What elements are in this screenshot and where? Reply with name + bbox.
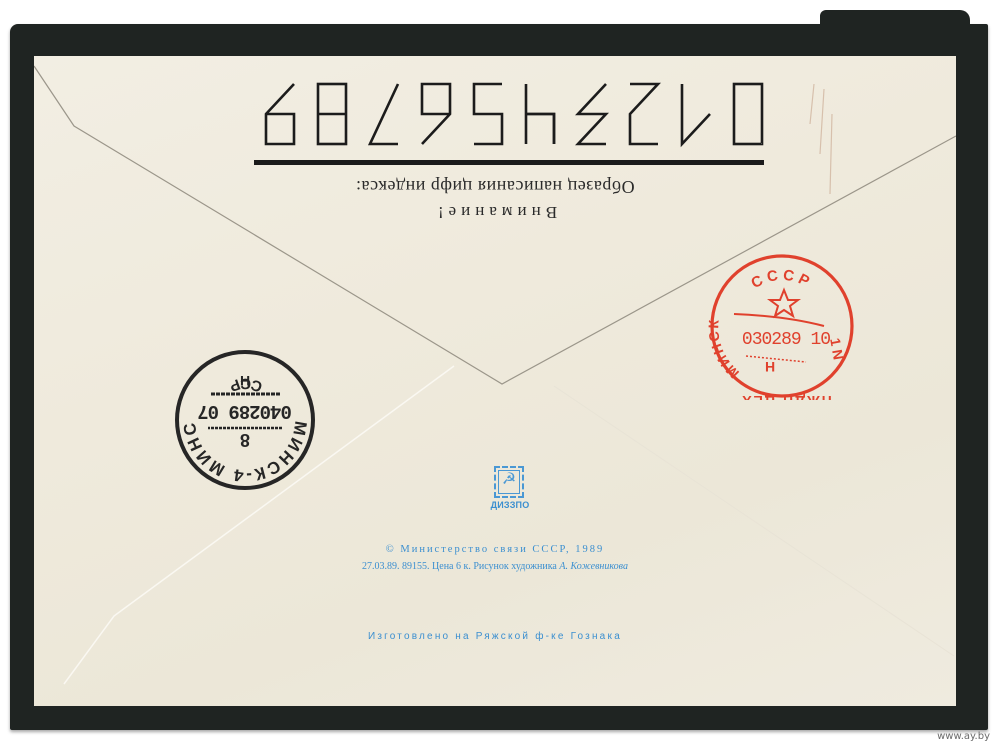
copyright-line: © Министерство связи СССР, 1989 [34,544,956,555]
logo-label: ДИЗЗПО [488,500,532,510]
index-attention: Внимание! [34,202,956,222]
artist-name: А. Кожевникова [559,561,628,572]
svg-text:ССР: ССР [225,375,264,395]
postal-index-digit-samples [252,80,766,148]
svg-text:Н: Н [765,359,775,375]
print-details-line: 27.03.89. 89155. Цена 6 к. Рисунок худож… [34,561,956,572]
postmark-black: МИНСК-4 МИНС 8 040289 07 Н ССР [170,346,320,494]
dizzpo-logo: ☭ ДИЗЗПО [492,464,528,516]
index-underline [254,160,764,165]
svg-text:030289 10: 030289 10 [742,330,830,350]
svg-text:040289 07: 040289 07 [198,400,292,422]
postmark-red: СССР 030289 10 Н 1 N МИНСК ПЖДП ЦЕХ [706,252,858,400]
mount-right-edge [960,60,988,720]
svg-text:1 N: 1 N [827,337,847,361]
envelope-back: Образец написания цифр индекса: Внимание… [34,56,956,706]
manufacturer-line: Изготовлено на Ряжской ф-ке Гознака [34,631,956,642]
svg-text:8: 8 [240,430,250,450]
svg-text:СССР: СССР [748,267,815,293]
hammer-sickle-icon: ☭ [499,469,519,491]
site-watermark: www.ay.by [937,731,990,742]
print-details-text: 27.03.89. 89155. Цена 6 к. Рисунок худож… [362,561,559,572]
svg-text:МИНСК: МИНСК [706,317,742,381]
index-caption: Образец написания цифр индекса: [34,176,956,197]
svg-text:МИНСК-4 МИНС: МИНСК-4 МИНС [180,420,311,485]
mount-torn-edge [820,10,970,40]
svg-text:ПЖДП ЦЕХ: ПЖДП ЦЕХ [740,393,832,400]
